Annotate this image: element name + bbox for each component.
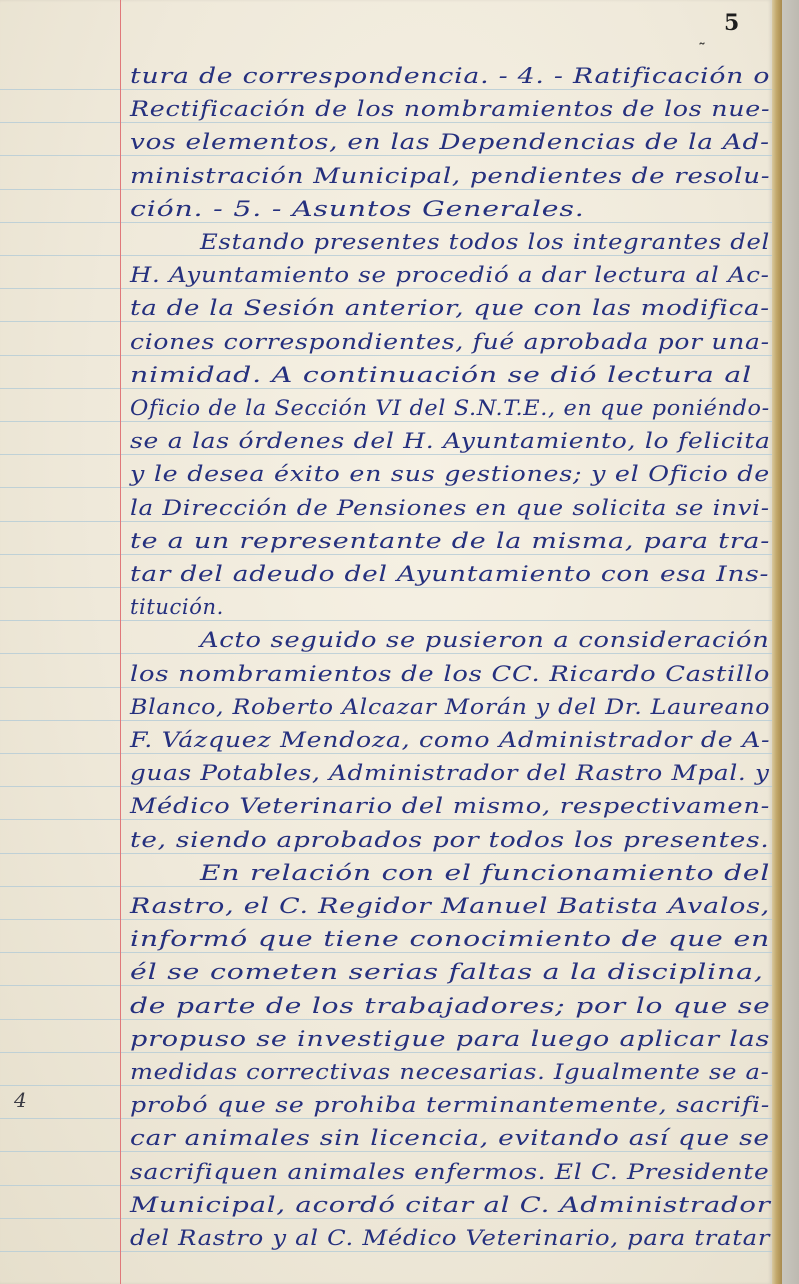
rule-line (0, 985, 772, 986)
handwritten-line: Rectificación de los nombramientos de lo… (130, 97, 770, 121)
rule-line (0, 1151, 772, 1152)
rule-line (0, 886, 772, 887)
rule-line (0, 1019, 772, 1020)
handwritten-line: informó que tiene conocimiento de que en (130, 927, 770, 951)
rule-line (0, 554, 772, 555)
rule-line (0, 222, 772, 223)
rule-line (0, 1185, 772, 1186)
rule-line (0, 620, 772, 621)
page-edge (772, 0, 782, 1284)
rule-line (0, 189, 772, 190)
handwritten-line: ción. - 5. - Asuntos Generales. (130, 197, 585, 221)
handwritten-line: propuso se investigue para luego aplicar… (130, 1027, 770, 1051)
handwritten-line: titución. (130, 595, 224, 619)
rule-line (0, 1251, 772, 1252)
rule-line (0, 388, 772, 389)
rule-line (0, 89, 772, 90)
handwritten-line: H. Ayuntamiento se procedió a dar lectur… (130, 263, 770, 287)
handwritten-line: se a las órdenes del H. Ayuntamiento, lo… (130, 429, 771, 453)
rule-line (0, 487, 772, 488)
handwritten-line: tar del adeudo del Ayuntamiento con esa … (130, 562, 769, 586)
handwritten-line: Municipal, acordó citar al C. Administra… (130, 1193, 771, 1217)
handwritten-line: car animales sin licencia, evitando así … (130, 1126, 770, 1150)
handwritten-line: sacrifiquen animales enfermos. El C. Pre… (130, 1160, 769, 1184)
rule-line (0, 952, 772, 953)
handwritten-line: Oficio de la Sección VI del S.N.T.E., en… (130, 396, 770, 420)
handwritten-line: medidas correctivas necesarias. Igualmen… (130, 1060, 769, 1084)
handwritten-line: los nombramientos de los CC. Ricardo Cas… (130, 662, 770, 686)
rule-line (0, 1118, 772, 1119)
rule-line (0, 521, 772, 522)
rule-line (0, 919, 772, 920)
handwritten-line: En relación con el funcionamiento del (200, 861, 770, 885)
rule-line (0, 786, 772, 787)
margin-note: 4 (14, 1088, 27, 1112)
handwritten-line: probó que se prohiba terminantemente, sa… (130, 1093, 770, 1117)
rule-line (0, 587, 772, 588)
handwritten-line: ministración Municipal, pendientes de re… (130, 164, 770, 188)
rule-line (0, 819, 772, 820)
rule-line (0, 753, 772, 754)
rule-line (0, 653, 772, 654)
handwritten-line: guas Potables, Administrador del Rastro … (130, 761, 770, 785)
handwritten-line: te a un representante de la misma, para … (130, 529, 770, 553)
ledger-page: 5 ˜ 4 tura de correspondencia. - 4. - Ra… (0, 0, 772, 1284)
rule-line (0, 421, 772, 422)
handwritten-line: Blanco, Roberto Alcazar Morán y del Dr. … (130, 695, 770, 719)
handwritten-line: tura de correspondencia. - 4. - Ratifica… (130, 64, 770, 88)
handwritten-line: nimidad. A continuación se dió lectura a… (130, 363, 752, 387)
rule-line (0, 155, 772, 156)
handwritten-line: él se cometen serias faltas a la discipl… (130, 960, 764, 984)
handwritten-line: Rastro, el C. Regidor Manuel Batista Ava… (130, 894, 770, 918)
handwritten-line: te, siendo aprobados por todos los prese… (130, 828, 769, 852)
handwritten-line: Médico Veterinario del mismo, respectiva… (130, 794, 770, 818)
rule-line (0, 720, 772, 721)
handwritten-line: y le desea éxito en sus gestiones; y el … (130, 462, 770, 486)
rule-line (0, 1085, 772, 1086)
rule-line (0, 1052, 772, 1053)
handwritten-line: de parte de los trabajadores; por lo que… (130, 994, 771, 1018)
rule-line (0, 454, 772, 455)
handwritten-line: Acto seguido se pusieron a consideración (200, 628, 770, 652)
page-number: 5 (724, 10, 739, 36)
rule-line (0, 255, 772, 256)
rule-line (0, 687, 772, 688)
handwritten-line: F. Vázquez Mendoza, como Administrador d… (130, 728, 770, 752)
handwritten-line: la Dirección de Pensiones en que solicit… (130, 496, 770, 520)
rule-line (0, 321, 772, 322)
rule-line (0, 355, 772, 356)
handwritten-line: ta de la Sesión anterior, que con las mo… (130, 296, 770, 320)
handwritten-line: del Rastro y al C. Médico Veterinario, p… (130, 1226, 770, 1250)
rule-line (0, 288, 772, 289)
red-margin-line (120, 0, 121, 1284)
handwritten-line: vos elementos, en las Dependencias de la… (130, 130, 770, 154)
book-binding-edge (782, 0, 799, 1284)
handwritten-line: ciones correspondientes, fué aprobada po… (130, 330, 770, 354)
rule-line (0, 853, 772, 854)
ink-mark: ˜ (698, 40, 706, 59)
rule-line (0, 1218, 772, 1219)
handwritten-line: Estando presentes todos los integrantes … (200, 230, 770, 254)
rule-line (0, 122, 772, 123)
